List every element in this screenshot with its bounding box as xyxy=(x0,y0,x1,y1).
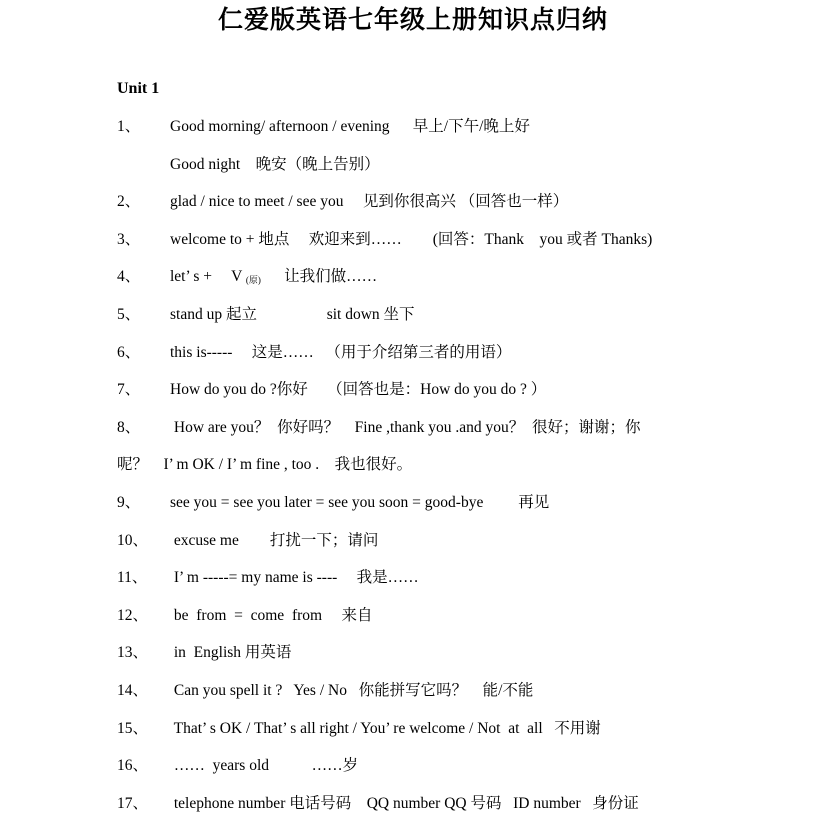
item-number: 4、 xyxy=(117,258,170,296)
item-text: Good night 晚安（晚上告别） xyxy=(170,156,380,173)
list-item: 16、 …… years old ……岁 xyxy=(117,747,786,785)
item-text: Good morning/ afternoon / evening 早上/下午/… xyxy=(170,118,530,135)
item-text: glad / nice to meet / see you 见到你很高兴 （回答… xyxy=(170,193,568,210)
list-item: 9、see you = see you later = see you soon… xyxy=(117,484,786,522)
knowledge-point-list: 1、Good morning/ afternoon / evening 早上/下… xyxy=(117,108,786,822)
list-item: 17、 telephone number 电话号码 QQ number QQ 号… xyxy=(117,785,786,823)
item-text: How do you do ?你好 （回答也是：How do you do ? … xyxy=(170,381,546,398)
item-text: stand up 起立 sit down 坐下 xyxy=(170,306,415,323)
document-title: 仁爱版英语七年级上册知识点归纳 xyxy=(0,0,826,37)
item-text: …… years old ……岁 xyxy=(170,757,358,774)
list-item-continuation: 呢？ I’ m OK / I’ m fine , too . 我也很好。 xyxy=(117,446,786,484)
list-item: 1、Good morning/ afternoon / evening 早上/下… xyxy=(117,108,786,146)
document-body: Unit 1 1、Good morning/ afternoon / eveni… xyxy=(0,70,826,822)
item-number: 1、 xyxy=(117,108,170,146)
item-number: 15、 xyxy=(117,710,170,748)
list-item-continuation: Good night 晚安（晚上告别） xyxy=(117,146,786,184)
list-item: 11、 I’ m -----= my name is ---- 我是…… xyxy=(117,559,786,597)
item-number: 11、 xyxy=(117,559,170,597)
item-text: 呢？ I’ m OK / I’ m fine , too . 我也很好。 xyxy=(117,456,412,473)
item-text: I’ m -----= my name is ---- 我是…… xyxy=(170,569,419,586)
item-text: excuse me 打扰一下；请问 xyxy=(170,532,378,549)
item-number: 2、 xyxy=(117,183,170,221)
item-text: telephone number 电话号码 QQ number QQ 号码 ID… xyxy=(170,795,639,812)
section-heading-unit1: Unit 1 xyxy=(117,70,786,108)
item-number: 6、 xyxy=(117,334,170,372)
item-number: 13、 xyxy=(117,634,170,672)
list-item: 3、welcome to + 地点 欢迎来到…… (回答：Thank you 或… xyxy=(117,221,786,259)
item-text: in English 用英语 xyxy=(170,644,291,661)
item-text: welcome to + 地点 欢迎来到…… (回答：Thank you 或者 … xyxy=(170,231,652,248)
item-number: 3、 xyxy=(117,221,170,259)
list-item: 7、How do you do ?你好 （回答也是：How do you do … xyxy=(117,371,786,409)
item-number: 7、 xyxy=(117,371,170,409)
item-number: 9、 xyxy=(117,484,170,522)
item-number: 8、 xyxy=(117,409,170,447)
item-text: 让我们做…… xyxy=(261,268,377,285)
item-text: That’ s OK / That’ s all right / You’ re… xyxy=(170,720,601,737)
item-text: this is----- 这是…… （用于介绍第三者的用语） xyxy=(170,344,511,361)
list-item: 6、this is----- 这是…… （用于介绍第三者的用语） xyxy=(117,334,786,372)
item-subscript: (原) xyxy=(246,275,261,285)
item-text: let’ s + V xyxy=(170,268,246,285)
item-number: 10、 xyxy=(117,522,170,560)
item-text: How are you？ 你好吗？ Fine ,thank you .and y… xyxy=(170,419,641,436)
item-number: 17、 xyxy=(117,785,170,823)
item-number: 16、 xyxy=(117,747,170,785)
list-item: 2、glad / nice to meet / see you 见到你很高兴 （… xyxy=(117,183,786,221)
list-item: 12、 be from = come from 来自 xyxy=(117,597,786,635)
list-item: 10、 excuse me 打扰一下；请问 xyxy=(117,522,786,560)
list-item: 4、let’ s + V (原) 让我们做…… xyxy=(117,258,786,296)
list-item: 8、 How are you？ 你好吗？ Fine ,thank you .an… xyxy=(117,409,786,447)
list-item: 13、 in English 用英语 xyxy=(117,634,786,672)
list-item: 14、 Can you spell it ? Yes / No 你能拼写它吗？ … xyxy=(117,672,786,710)
item-text: Can you spell it ? Yes / No 你能拼写它吗？ 能/不能 xyxy=(170,682,533,699)
list-item: 5、stand up 起立 sit down 坐下 xyxy=(117,296,786,334)
document-page: 仁爱版英语七年级上册知识点归纳 Unit 1 1、Good morning/ a… xyxy=(0,0,826,826)
item-number: 14、 xyxy=(117,672,170,710)
list-item: 15、 That’ s OK / That’ s all right / You… xyxy=(117,710,786,748)
item-text: be from = come from 来自 xyxy=(170,607,372,624)
item-number: 12、 xyxy=(117,597,170,635)
item-number: 5、 xyxy=(117,296,170,334)
item-text: see you = see you later = see you soon =… xyxy=(170,494,549,511)
